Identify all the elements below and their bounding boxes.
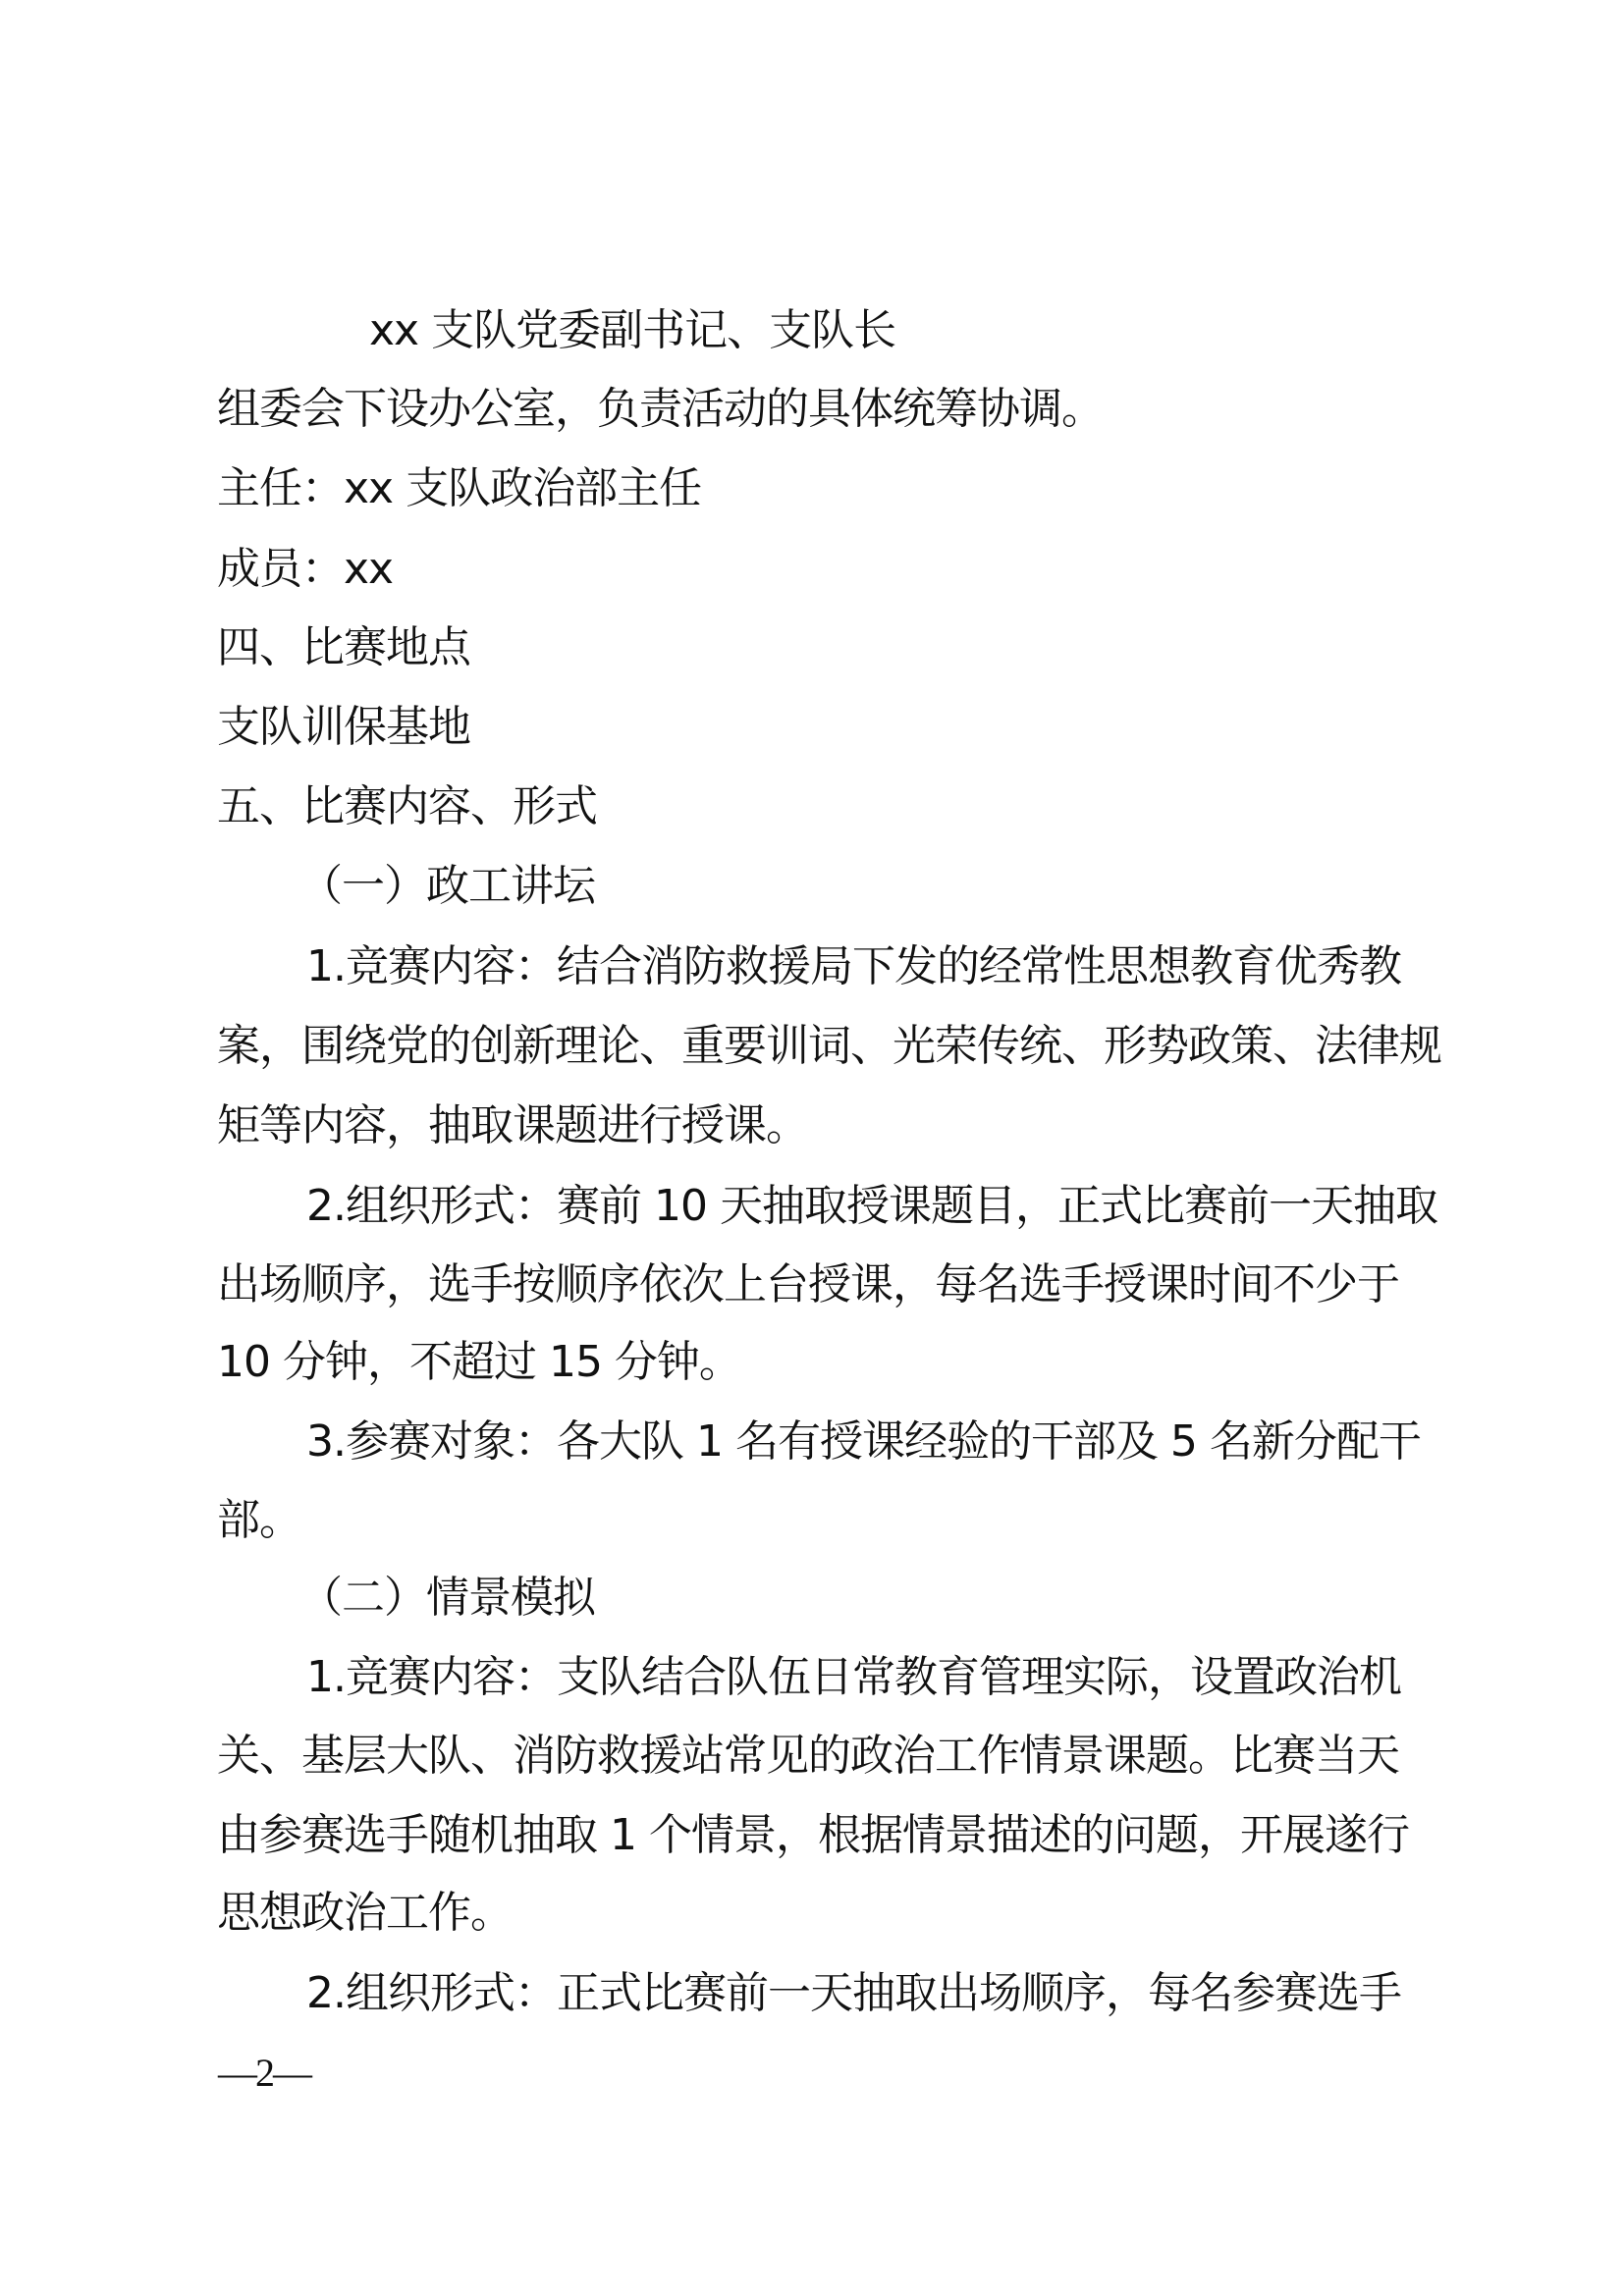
committee-member-line: xx 支队党委副书记、支队长 xyxy=(369,301,1587,360)
lecture-content-paragraph-line: 矩等内容，抽取课题进行授课。 xyxy=(217,1096,1435,1155)
lecture-content-paragraph-line: 1.竞赛内容：结合消防救援局下发的经常性思想教育优秀教 xyxy=(306,937,1524,996)
lecture-participants-paragraph-line: 3.参赛对象：各大队 1 名有授课经验的干部及 5 名新分配干 xyxy=(306,1413,1524,1471)
section-heading-location: 四、比赛地点 xyxy=(217,618,1435,677)
scenario-content-paragraph-line: 1.竞赛内容：支队结合队伍日常教育管理实际，设置政治机 xyxy=(306,1648,1524,1707)
office-setup-paragraph: 组委会下设办公室，负责活动的具体统筹协调。 xyxy=(217,380,1435,439)
document-page: xx 支队党委副书记、支队长 组委会下设办公室，负责活动的具体统筹协调。 主任：… xyxy=(0,0,1624,2296)
lecture-content-paragraph-line: 案，围绕党的创新理论、重要训词、光荣传统、形势政策、法律规 xyxy=(217,1017,1435,1076)
page-number: —2— xyxy=(218,2050,310,2097)
lecture-format-paragraph-line: 10 分钟，不超过 15 分钟。 xyxy=(217,1333,1435,1392)
lecture-format-paragraph-line: 2.组织形式：赛前 10 天抽取授课题目，正式比赛前一天抽取 xyxy=(306,1177,1524,1236)
scenario-content-paragraph-line: 思想政治工作。 xyxy=(217,1884,1435,1943)
subsection-heading-political-lecture: （一）政工讲坛 xyxy=(299,857,1517,916)
office-members-line: 成员：xx xyxy=(217,540,1435,599)
office-director-line: 主任：xx 支队政治部主任 xyxy=(217,459,1435,518)
subsection-heading-scenario-simulation: （二）情景模拟 xyxy=(299,1569,1517,1628)
scenario-content-paragraph-line: 关、基层大队、消防救援站常见的政治工作情景课题。比赛当天 xyxy=(217,1727,1435,1786)
scenario-content-paragraph-line: 由参赛选手随机抽取 1 个情景，根据情景描述的问题，开展遂行 xyxy=(217,1806,1435,1865)
location-text: 支队训保基地 xyxy=(217,698,1435,757)
scenario-format-paragraph-line: 2.组织形式：正式比赛前一天抽取出场顺序，每名参赛选手 xyxy=(306,1964,1524,2023)
lecture-format-paragraph-line: 出场顺序，选手按顺序依次上台授课，每名选手授课时间不少于 xyxy=(217,1255,1435,1314)
section-heading-content-format: 五、比赛内容、形式 xyxy=(217,777,1435,836)
lecture-participants-paragraph-line: 部。 xyxy=(217,1491,1435,1550)
